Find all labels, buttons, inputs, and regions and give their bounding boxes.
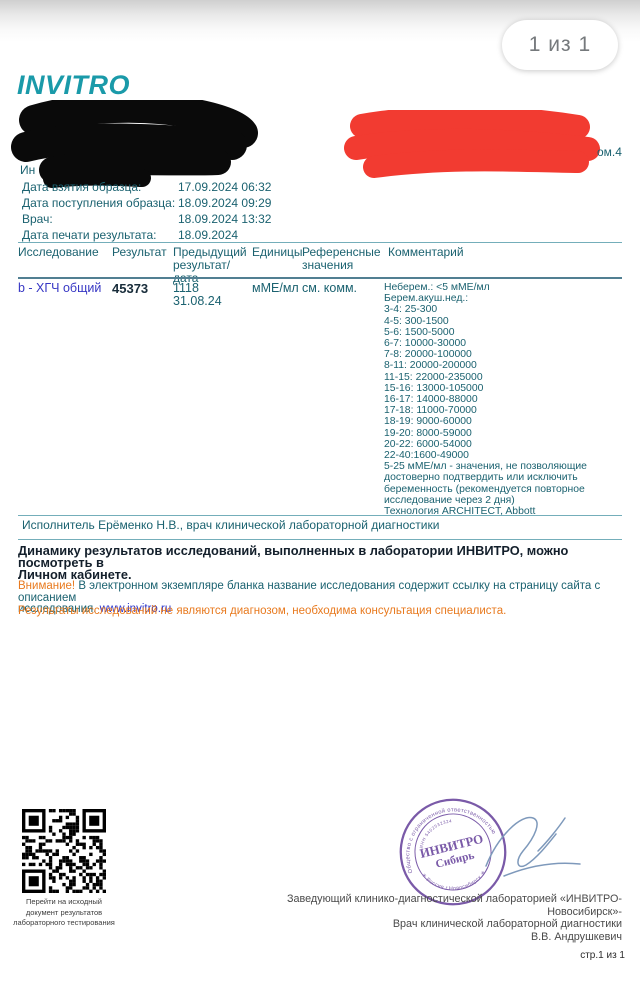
comment-line: 17-18: 11000-70000 [384,405,624,416]
comment-line: исследование через 2 дня) [384,495,624,506]
comment-line: 8-11: 20000-200000 [384,360,624,371]
signatory-block: Заведующий клинико-диагностической лабор… [230,893,622,943]
doctor-signature [476,806,586,891]
comment-line: 16-17: 14000-88000 [384,394,624,405]
dynamics-note: Динамику результатов исследований, выпол… [18,545,624,581]
comment-line: 5-25 мМЕ/мл - значения, не позволяющие [384,461,624,472]
reference-value: см. комм. [302,282,357,295]
comment-line: Берем.акуш.нед.: [384,293,624,304]
meta-row: Дата печати результата:18.09.2024 [22,227,271,243]
comment-line: 20-22: 6000-54000 [384,439,624,450]
comment-line: Неберем.: <5 мМЕ/мл [384,282,624,293]
sample-dates-block: Дата взятия образца:17.09.2024 06:32 Дат… [22,179,271,243]
comment-line: достоверно подтвердить или исключить [384,472,624,483]
covered-label-fragment: Ин [20,163,35,177]
col-header-comment: Комментарий [388,246,508,259]
attention-label: Внимание! [18,580,75,592]
meta-row: Дата поступления образца:18.09.2024 09:2… [22,195,271,211]
test-name-link[interactable]: b - ХГЧ общий [18,282,101,295]
comment-line: 19-20: 8000-59000 [384,428,624,439]
comment-line: 22-40:1600-49000 [384,450,624,461]
table-header-rule [18,277,622,279]
previous-date: 31.08.24 [173,295,222,308]
col-header-units: Единицы [252,246,300,259]
comment-line: 5-6: 1500-5000 [384,327,624,338]
comment-line: 3-4: 25-300 [384,304,624,315]
lab-report-page: 1 из 1 INVITRO Ин ом.4 Дата взятия образ… [0,0,640,1000]
comment-line: беременность (рекомендуется повторное [384,484,624,495]
section-rule [18,539,622,540]
comment-line: 15-16: 13000-105000 [384,383,624,394]
col-header-previous: Предыдущий результат/дата [173,246,245,285]
comment-line: 4-5: 300-1500 [384,316,624,327]
meta-row: Врач:18.09.2024 13:32 [22,211,271,227]
page-number-footer: стр.1 из 1 [520,950,625,961]
col-header-result: Результат [112,246,170,259]
col-header-reference: Референсные значения [302,246,378,272]
redaction-scribble-black [6,100,258,190]
comment-line: 11-15: 22000-235000 [384,372,624,383]
address-fragment: ом.4 [597,145,622,159]
col-header-test: Исследование [18,246,108,259]
table-bottom-rule [18,515,622,516]
invitro-logo: INVITRO [17,70,130,101]
executor-line: Исполнитель Ерёменко Н.В., врач клиничес… [22,518,439,532]
meta-row: Дата взятия образца:17.09.2024 06:32 [22,179,271,195]
disclaimer-note: Результаты исследований не являются диаг… [18,605,624,617]
comment-line: 7-8: 20000-100000 [384,349,624,360]
comment-line: 18-19: 9000-60000 [384,416,624,427]
page-indicator-pill: 1 из 1 [502,20,618,70]
qr-caption: Перейти на исходный документ результатов… [0,897,128,929]
result-value: 45373 [112,282,148,295]
table-top-rule [18,242,622,243]
comment-line: 6-7: 10000-30000 [384,338,624,349]
units-value: мМЕ/мл [252,282,299,295]
redaction-scribble-red [340,110,602,184]
comment-column: Неберем.: <5 мМЕ/мл Берем.акуш.нед.: 3-4… [384,282,624,517]
qr-code[interactable] [22,809,106,893]
